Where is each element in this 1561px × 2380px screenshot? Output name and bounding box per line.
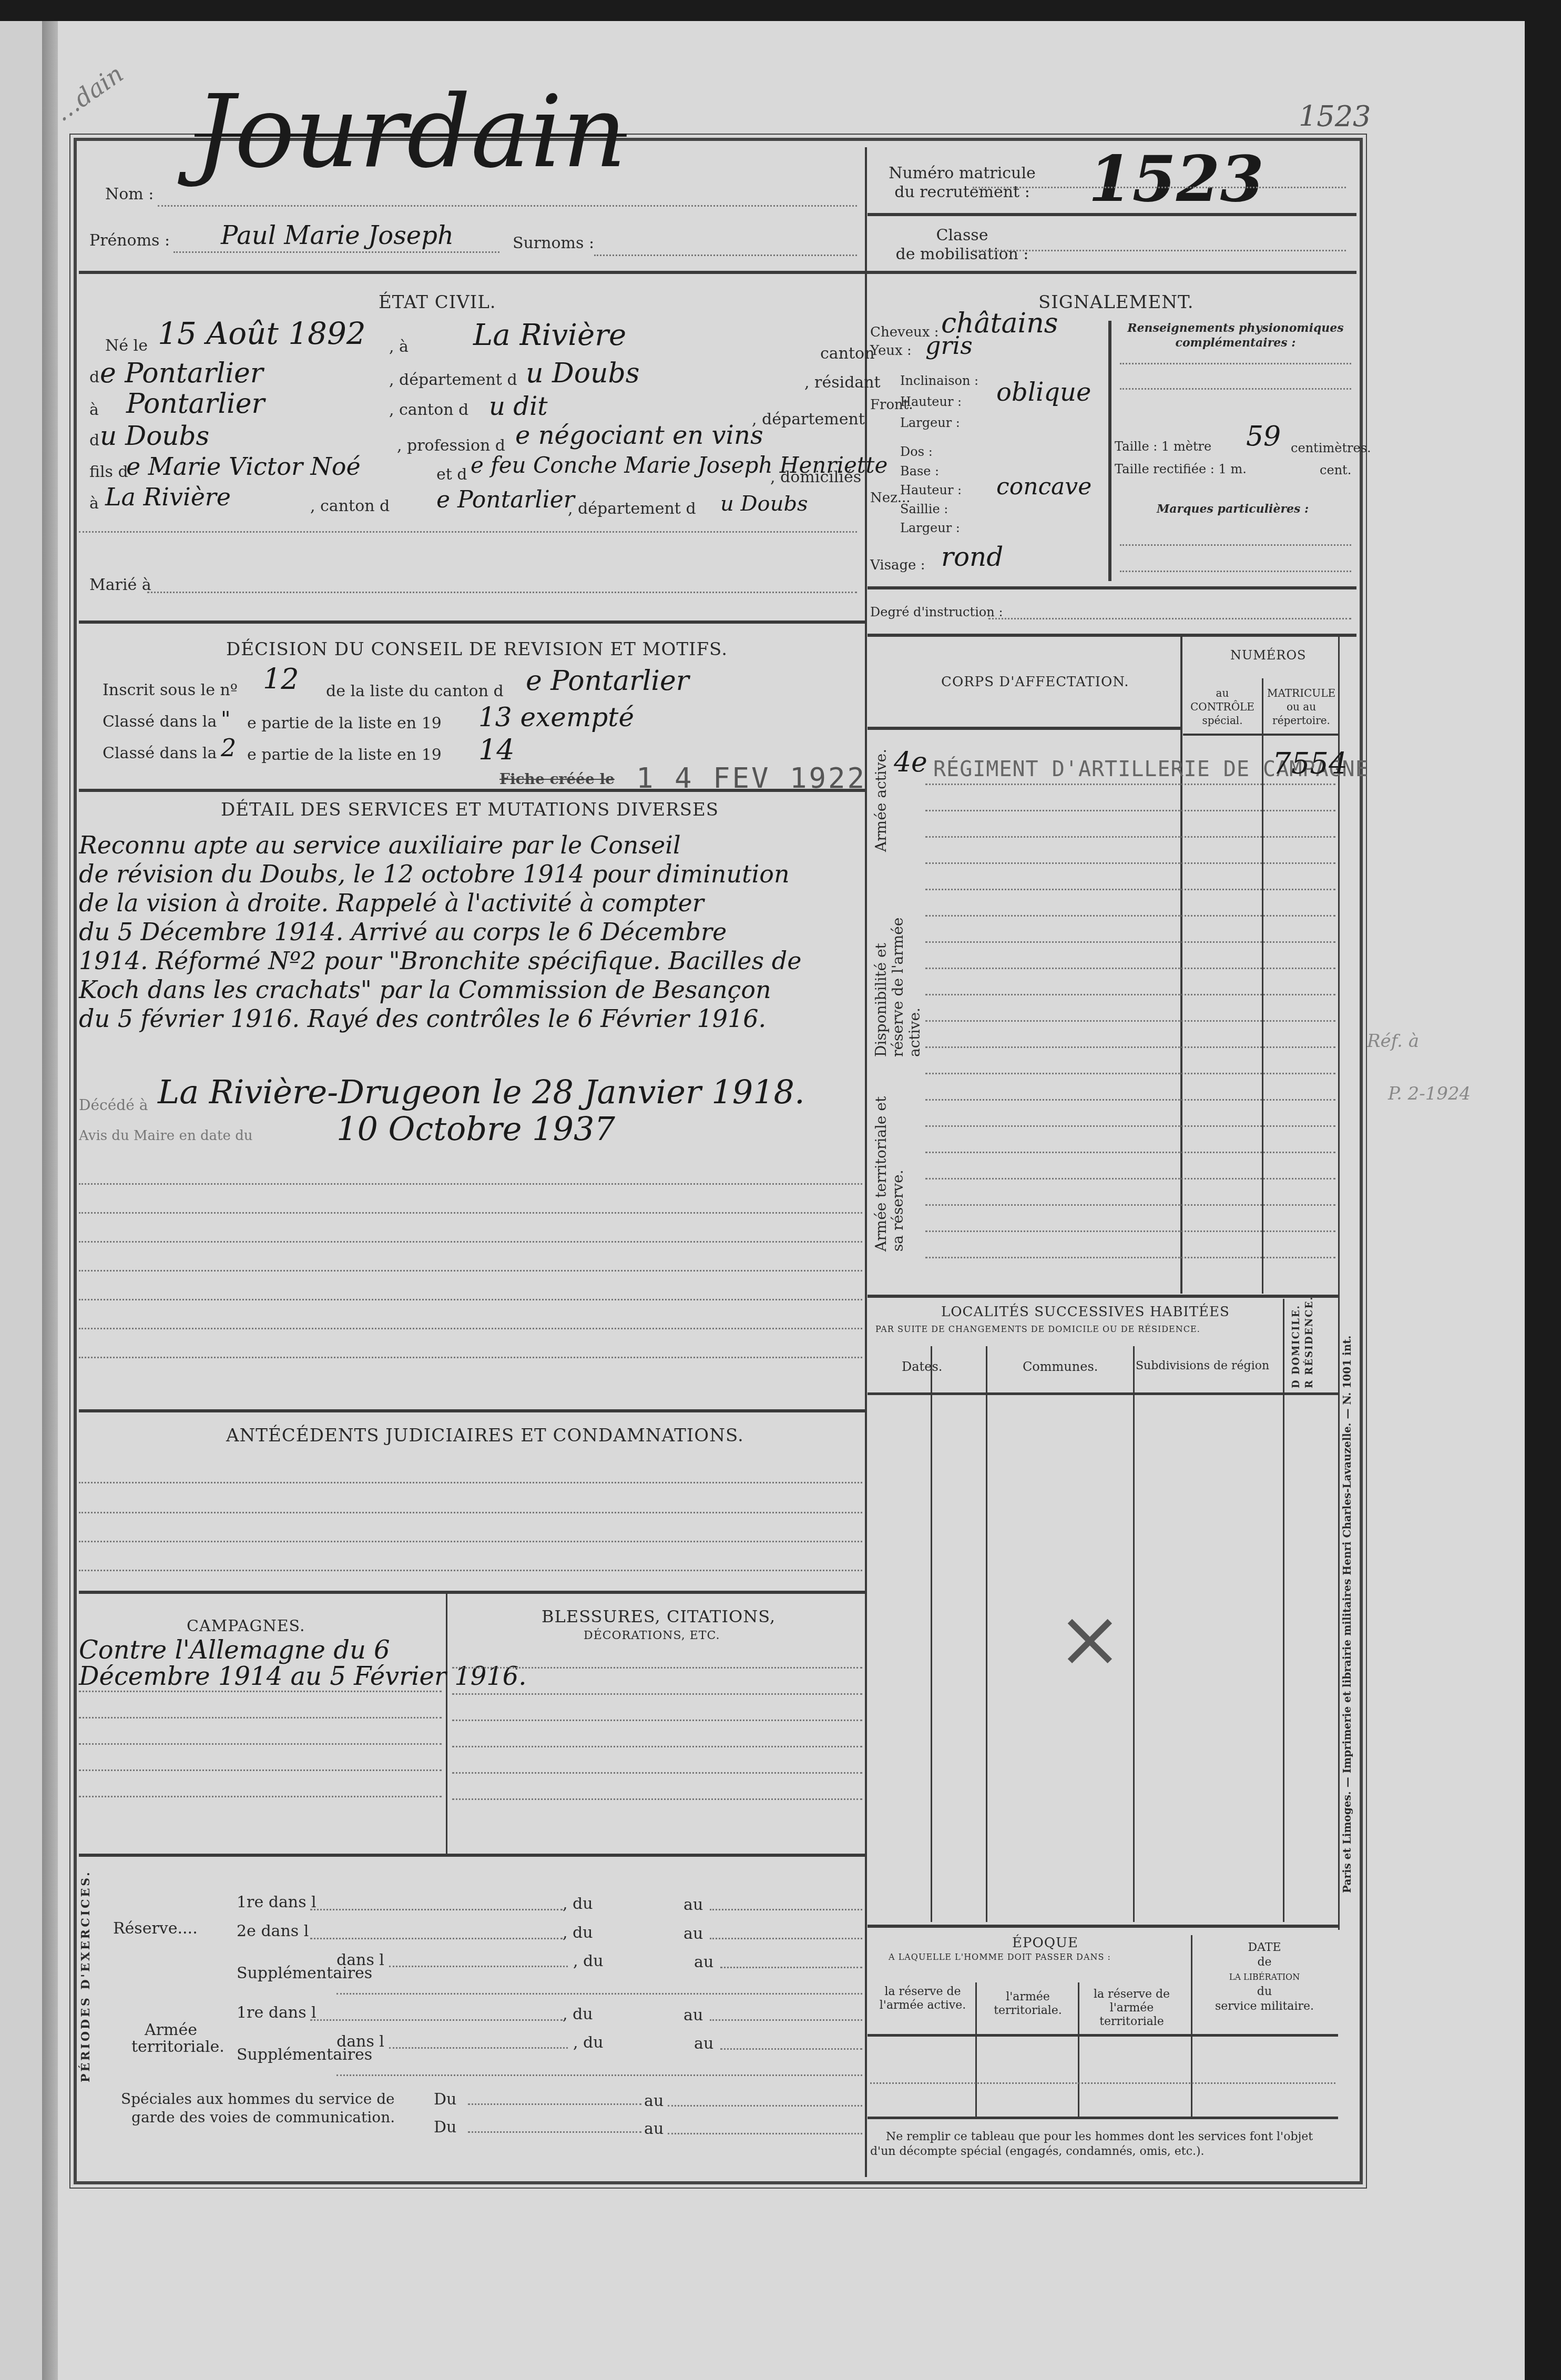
taille-value: 59 bbox=[1246, 421, 1281, 452]
date-title-2: de bbox=[1191, 1955, 1338, 1970]
rule bbox=[925, 1099, 1335, 1101]
services-line: du 5 février 1916. Rayé des contrôles le… bbox=[79, 1004, 862, 1033]
rule bbox=[925, 994, 1335, 995]
a-value: La Rivière bbox=[473, 318, 626, 352]
territoriale-1re: 1re dans l bbox=[237, 2003, 317, 2022]
rule bbox=[79, 1743, 442, 1745]
campagnes-divider bbox=[446, 1593, 447, 1854]
services-line: 1914. Réformé Nº2 pour "Bronchite spécif… bbox=[79, 947, 862, 975]
renseignements-label-2: complémentaires : bbox=[1120, 335, 1351, 350]
nez-value: concave bbox=[996, 473, 1091, 500]
rule bbox=[1183, 734, 1338, 736]
legend-residence: R RÉSIDENCE. bbox=[1304, 1296, 1315, 1388]
rule bbox=[79, 1591, 865, 1594]
margin-note-right-2: P. 2-1924 bbox=[1388, 1083, 1471, 1104]
taille-rectifiee-unit: cent. bbox=[1320, 463, 1351, 477]
ne-le-label: Né le bbox=[105, 337, 148, 355]
canton2-value: u dit bbox=[489, 392, 548, 421]
matricule-line bbox=[973, 187, 1346, 188]
localites-subtitle: PAR SUITE DE CHANGEMENTS DE DOMICILE OU … bbox=[875, 1324, 1200, 1334]
printer-imprint: Paris et Limoges. — Imprimerie et librai… bbox=[1341, 1336, 1353, 1893]
renseignements-label: Renseignements physionomiques complément… bbox=[1120, 321, 1351, 350]
line bbox=[720, 1967, 862, 1968]
decede-value: La Rivière-Drugeon le 28 Janvier 1918. bbox=[158, 1073, 805, 1111]
line bbox=[468, 2103, 641, 2105]
rule bbox=[79, 1183, 862, 1185]
avis-value: 10 Octobre 1937 bbox=[336, 1110, 615, 1148]
services-line: du 5 Décembre 1914. Arrivé au corps le 6… bbox=[79, 918, 862, 947]
rule bbox=[925, 810, 1335, 811]
rule bbox=[925, 784, 1335, 785]
reserve-2e: 2e dans l bbox=[237, 1922, 309, 1940]
degre-instruction-label: Degré d'instruction : bbox=[870, 605, 1003, 619]
rule bbox=[1120, 544, 1351, 546]
epoque-title: ÉPOQUE bbox=[1012, 1935, 1078, 1951]
rule bbox=[925, 915, 1335, 917]
rule bbox=[868, 2034, 1338, 2037]
liste-canton-label: de la liste du canton d bbox=[326, 682, 504, 700]
date-title-1: DATE bbox=[1191, 1940, 1338, 1955]
au-label: au bbox=[683, 1925, 703, 1943]
canton3-value: e Pontarlier bbox=[436, 486, 575, 513]
reserve-label: Réserve.... bbox=[113, 1919, 198, 1938]
line bbox=[710, 1938, 862, 1939]
rule bbox=[925, 889, 1335, 890]
campagnes-line: Contre l'Allemagne du 6 bbox=[79, 1635, 390, 1665]
matricule-label: Numéro matricule du recrutement : bbox=[889, 164, 1036, 202]
du-label: , du bbox=[563, 2005, 593, 2023]
au-label: au bbox=[644, 2092, 664, 2110]
services-line: Koch dans les crachats" par la Commissio… bbox=[79, 975, 862, 1004]
surnoms-label: Surnoms : bbox=[513, 234, 594, 252]
rule bbox=[79, 1541, 862, 1542]
classe-line bbox=[973, 250, 1346, 251]
classe-label: Classe de mobilisation : bbox=[889, 226, 1036, 264]
prenoms-value: Paul Marie Joseph bbox=[221, 221, 454, 250]
periodes-label: PÉRIODES D'EXERCICES. bbox=[79, 1870, 93, 2082]
classe-label-1: Classe bbox=[889, 226, 1036, 245]
du-label: , du bbox=[563, 1924, 593, 1942]
au-label: au bbox=[694, 1953, 713, 1971]
campagnes-line: Décembre 1914 au 5 Février 1916. bbox=[79, 1662, 527, 1691]
classe-label-2: de mobilisation : bbox=[889, 245, 1036, 264]
localites-col-divider bbox=[986, 1346, 987, 1922]
au-label: au bbox=[694, 2035, 713, 2053]
fiche-label: Fiche créée le bbox=[499, 770, 615, 788]
services-line: de révision du Doubs, le 12 octobre 1914… bbox=[79, 860, 862, 889]
date-title-3: LA LIBÉRATION bbox=[1191, 1970, 1338, 1985]
rule bbox=[79, 1409, 865, 1412]
line bbox=[310, 2019, 563, 2021]
cross-mark: × bbox=[1057, 1593, 1123, 1685]
rule bbox=[79, 1717, 442, 1718]
marie-label: Marié à bbox=[89, 576, 151, 594]
classe2-partie: 2 bbox=[221, 734, 236, 762]
corps-entry-matricule: 7554 bbox=[1272, 747, 1348, 781]
nez-hauteur-label: Hauteur : bbox=[900, 483, 962, 497]
canton-label: canton bbox=[820, 344, 874, 363]
margin-note-right-1: Réf. à bbox=[1367, 1031, 1419, 1052]
rule bbox=[452, 1746, 862, 1747]
rule bbox=[868, 1392, 1338, 1395]
epoque-divider bbox=[975, 1982, 977, 2117]
rule bbox=[79, 271, 1356, 274]
services-line: de la vision à droite. Rappelé à l'activ… bbox=[79, 889, 862, 918]
rule bbox=[79, 1299, 862, 1300]
col-matricule-3: répertoire. bbox=[1264, 714, 1338, 727]
epoque-divider bbox=[1078, 1982, 1079, 2117]
section-territoriale: Armée territoriale et sa réserve. bbox=[873, 1083, 906, 1252]
campagnes-title: CAMPAGNES. bbox=[187, 1617, 305, 1635]
section-disponibilite: Disponibilité et réserve de l'armée acti… bbox=[873, 883, 923, 1057]
antecedents-title: ANTÉCÉDENTS JUDICIAIRES ET CONDAMNATIONS… bbox=[226, 1425, 744, 1446]
departement2-label: , département bbox=[752, 410, 865, 429]
localites-col-divider bbox=[1133, 1346, 1135, 1922]
fils-label: fils d bbox=[89, 463, 128, 481]
matricule-value: 1523 bbox=[1088, 142, 1264, 216]
rule bbox=[868, 2117, 1338, 2119]
line bbox=[336, 1993, 862, 1995]
col-controle-3: spécial. bbox=[1186, 714, 1259, 727]
inscrit-label: Inscrit sous le nº bbox=[103, 681, 238, 699]
col-matricule: MATRICULE ou au répertoire. bbox=[1264, 686, 1338, 727]
rule bbox=[79, 1482, 862, 1483]
rule bbox=[925, 941, 1335, 943]
classe1-partie: " bbox=[221, 707, 230, 731]
nom-value: Jourdain bbox=[195, 74, 627, 190]
date-title-4: du bbox=[1191, 1985, 1338, 1999]
col-matricule-1: MATRICULE bbox=[1264, 686, 1338, 700]
signalement-divider bbox=[1108, 321, 1111, 581]
corner-number: 1523 bbox=[1299, 100, 1371, 133]
line bbox=[310, 1909, 563, 1910]
reserve-1re: 1re dans l bbox=[237, 1893, 317, 1911]
du-label: , du bbox=[573, 2033, 604, 2052]
prenoms-label: Prénoms : bbox=[89, 231, 170, 250]
rule bbox=[79, 621, 865, 624]
dans-label: dans l bbox=[336, 2032, 384, 2051]
rule bbox=[79, 1512, 862, 1513]
rule bbox=[1120, 363, 1351, 364]
rule bbox=[79, 1854, 865, 1857]
degre-line bbox=[988, 618, 1351, 619]
rule bbox=[1120, 388, 1351, 390]
matricule-label-1: Numéro matricule bbox=[889, 164, 1036, 183]
services-title: DÉTAIL DES SERVICES ET MUTATIONS DIVERSE… bbox=[221, 799, 719, 820]
rule bbox=[79, 1270, 862, 1272]
line bbox=[468, 2131, 641, 2133]
prenoms-line bbox=[174, 251, 499, 253]
rule bbox=[79, 1212, 862, 1214]
line bbox=[710, 2019, 862, 2021]
speciales-2: garde des voies de communication. bbox=[131, 2109, 395, 2126]
a3-label: à bbox=[89, 494, 99, 513]
rule bbox=[1120, 571, 1351, 572]
rule bbox=[79, 1691, 442, 1692]
epoque-subtitle: A LAQUELLE L'HOMME DOIT PASSER DANS : bbox=[889, 1952, 1111, 1962]
et-de-label: et d bbox=[436, 465, 467, 484]
inscrit-value: 12 bbox=[263, 663, 299, 696]
du-cap-label: Du bbox=[434, 2118, 456, 2137]
rule bbox=[868, 634, 1356, 637]
a2-label: à bbox=[89, 401, 99, 419]
classe2-year: 14 bbox=[478, 734, 515, 767]
canton3-label: , canton d bbox=[310, 497, 390, 515]
line bbox=[389, 2047, 568, 2049]
rule bbox=[452, 1693, 862, 1695]
col-controle-2: CONTRÔLE bbox=[1186, 700, 1259, 714]
d2-label: d bbox=[89, 431, 99, 450]
services-line: Reconnu apte au service auxiliaire par l… bbox=[79, 831, 862, 860]
residence-value: Pontarlier bbox=[126, 388, 264, 420]
nez-largeur-label: Largeur : bbox=[900, 521, 960, 535]
a-label: , à bbox=[389, 338, 409, 356]
rule bbox=[925, 1152, 1335, 1153]
rule bbox=[925, 1230, 1335, 1232]
front-hauteur-label: Hauteur : bbox=[900, 394, 962, 409]
col-controle: au CONTRÔLE spécial. bbox=[1186, 686, 1259, 727]
right-inner-border bbox=[1338, 636, 1340, 1930]
renseignements-label-1: Renseignements physionomiques bbox=[1120, 321, 1351, 335]
line bbox=[336, 2074, 862, 2076]
departement2-value: u Doubs bbox=[100, 421, 209, 451]
rule bbox=[79, 1241, 862, 1243]
front-inclinaison-label: Inclinaison : bbox=[900, 373, 978, 388]
profession-value: e négociant en vins bbox=[515, 421, 763, 450]
epoque-col-reserve-territoriale: la réserve de l'armée territoriale bbox=[1080, 1988, 1183, 2029]
matricule-label-2: du recrutement : bbox=[889, 183, 1036, 202]
line bbox=[668, 2133, 862, 2134]
numeros-title: NUMÉROS bbox=[1230, 648, 1307, 663]
line bbox=[389, 1966, 568, 1967]
rule bbox=[79, 789, 865, 792]
line bbox=[310, 1938, 563, 1939]
rule bbox=[868, 727, 1180, 730]
rule bbox=[452, 1798, 862, 1800]
rule bbox=[452, 1667, 862, 1669]
rule bbox=[79, 1328, 862, 1329]
rule bbox=[925, 1020, 1335, 1022]
services-text: Reconnu apte au service auxiliaire par l… bbox=[79, 831, 862, 1033]
rule bbox=[925, 1046, 1335, 1048]
departement3-label: , département d bbox=[568, 500, 696, 518]
yeux-value: gris bbox=[925, 331, 973, 360]
residant-label: , résidant bbox=[804, 373, 881, 392]
rule bbox=[925, 862, 1335, 864]
rule bbox=[925, 1204, 1335, 1206]
col-matricule-2: ou au bbox=[1264, 700, 1338, 714]
rule bbox=[868, 1925, 1338, 1928]
corps-entry-prefix: 4e bbox=[894, 747, 927, 778]
liste-canton-value: e Pontarlier bbox=[526, 665, 689, 697]
line bbox=[720, 2048, 862, 2050]
nom-label: Nom : bbox=[105, 185, 154, 204]
domicile-value: La Rivière bbox=[105, 483, 231, 511]
departement-label: , département d bbox=[389, 371, 517, 389]
classe1-label-a: Classé dans la bbox=[103, 713, 217, 731]
visage-value: rond bbox=[941, 542, 1003, 572]
speciales-1: Spéciales aux hommes du service de bbox=[121, 2090, 395, 2108]
du-cap-label: Du bbox=[434, 2090, 456, 2109]
rule bbox=[79, 1357, 862, 1358]
canton-value: e Pontarlier bbox=[100, 358, 263, 389]
classe1-label-b: e partie de la liste en 19 bbox=[247, 714, 442, 733]
line bbox=[668, 2105, 862, 2107]
front-largeur-label: Largeur : bbox=[900, 415, 960, 430]
front-value: oblique bbox=[996, 378, 1091, 407]
rule bbox=[925, 1178, 1335, 1179]
ne-le-value: 15 Août 1892 bbox=[158, 316, 366, 351]
rule bbox=[452, 1772, 862, 1774]
date-title-5: service militaire. bbox=[1191, 1999, 1338, 2014]
classe2-label-b: e partie de la liste en 19 bbox=[247, 746, 442, 764]
nom-line bbox=[158, 205, 857, 207]
taille-label: Taille : 1 mètre bbox=[1115, 439, 1211, 454]
epoque-col-reserve-active: la réserve de l'armée active. bbox=[870, 1985, 975, 2012]
epoque-divider bbox=[1191, 1935, 1192, 2117]
nez-base-label: Base : bbox=[900, 464, 939, 479]
rule bbox=[925, 1125, 1335, 1127]
corps-divider bbox=[1180, 636, 1182, 1294]
col-controle-1: au bbox=[1186, 686, 1259, 700]
rule bbox=[868, 213, 1356, 216]
marques-label: Marques particulières : bbox=[1157, 502, 1309, 516]
date-liberation-header: DATE de LA LIBÉRATION du service militai… bbox=[1191, 1940, 1338, 2014]
blessures-title-2: DÉCORATIONS, ETC. bbox=[584, 1629, 720, 1642]
rule bbox=[925, 968, 1335, 969]
dans-label: dans l bbox=[336, 1951, 384, 1969]
col-communes: Communes. bbox=[1023, 1359, 1098, 1374]
epoque-col-territoriale: l'armée territoriale. bbox=[981, 1990, 1075, 2018]
localites-col-divider bbox=[931, 1346, 932, 1922]
classe2-label-a: Classé dans la bbox=[103, 744, 217, 762]
rule bbox=[868, 586, 1356, 589]
etat-civil-title: ÉTAT CIVIL. bbox=[379, 292, 496, 313]
decede-label: Décédé à bbox=[79, 1096, 148, 1114]
nez-saillie-label: Saillie : bbox=[900, 502, 948, 516]
corps-title: CORPS D'AFFECTATION. bbox=[941, 674, 1129, 690]
domicilies-label: , domiciliés bbox=[770, 468, 861, 486]
departement-value: u Doubs bbox=[526, 358, 639, 389]
col-dates: Dates. bbox=[902, 1359, 942, 1374]
classe1-year: 13 exempté bbox=[478, 702, 634, 733]
rule bbox=[925, 1257, 1335, 1258]
rule bbox=[79, 1769, 442, 1771]
departement3-value: u Doubs bbox=[720, 492, 808, 516]
decision-title: DÉCISION DU CONSEIL DE REVISION ET MOTIF… bbox=[226, 639, 728, 660]
canton2-label: , canton d bbox=[389, 401, 468, 419]
pere-value: e Marie Victor Noé bbox=[126, 452, 361, 481]
rule bbox=[870, 2082, 1335, 2084]
legend-domicile: D DOMICILE. bbox=[1291, 1305, 1302, 1388]
rule bbox=[79, 1570, 862, 1571]
taille-unit: centimètres. bbox=[1291, 441, 1371, 455]
column-divider bbox=[865, 147, 867, 2177]
rule bbox=[925, 1073, 1335, 1074]
rule bbox=[868, 1295, 1338, 1298]
col-subdivisions: Subdivisions de région bbox=[1136, 1359, 1269, 1372]
du-label: , du bbox=[573, 1952, 604, 1970]
signalement-title: SIGNALEMENT. bbox=[1038, 292, 1193, 313]
epoque-note: Ne remplir ce tableau que pour les homme… bbox=[870, 2130, 1333, 2159]
rule bbox=[925, 836, 1335, 838]
surnoms-line bbox=[594, 255, 857, 256]
blessures-title-1: BLESSURES, CITATIONS, bbox=[542, 1606, 776, 1626]
nez-dos-label: Dos : bbox=[900, 444, 933, 459]
au-label: au bbox=[683, 2006, 703, 2025]
rule bbox=[79, 531, 857, 533]
au-label: au bbox=[683, 1896, 703, 1914]
de-label: d bbox=[89, 368, 99, 387]
yeux-label: Yeux : bbox=[870, 343, 912, 359]
line bbox=[710, 1909, 862, 1910]
rule bbox=[452, 1720, 862, 1721]
rule bbox=[79, 1796, 442, 1797]
marie-line bbox=[147, 592, 857, 593]
localites-title: LOCALITÉS SUCCESSIVES HABITÉES bbox=[941, 1304, 1230, 1320]
visage-label: Visage : bbox=[870, 557, 925, 573]
armee-territoriale-label: Armée territoriale. bbox=[131, 2022, 210, 2056]
taille-rectifiee-label: Taille rectifiée : 1 m. bbox=[1115, 462, 1247, 476]
left-page-edge bbox=[0, 21, 44, 2380]
au-label: au bbox=[644, 2120, 664, 2138]
section-armee-active: Armée active. bbox=[873, 747, 890, 852]
du-label: , du bbox=[563, 1895, 593, 1913]
avis-label: Avis du Maire en date du bbox=[79, 1128, 253, 1144]
